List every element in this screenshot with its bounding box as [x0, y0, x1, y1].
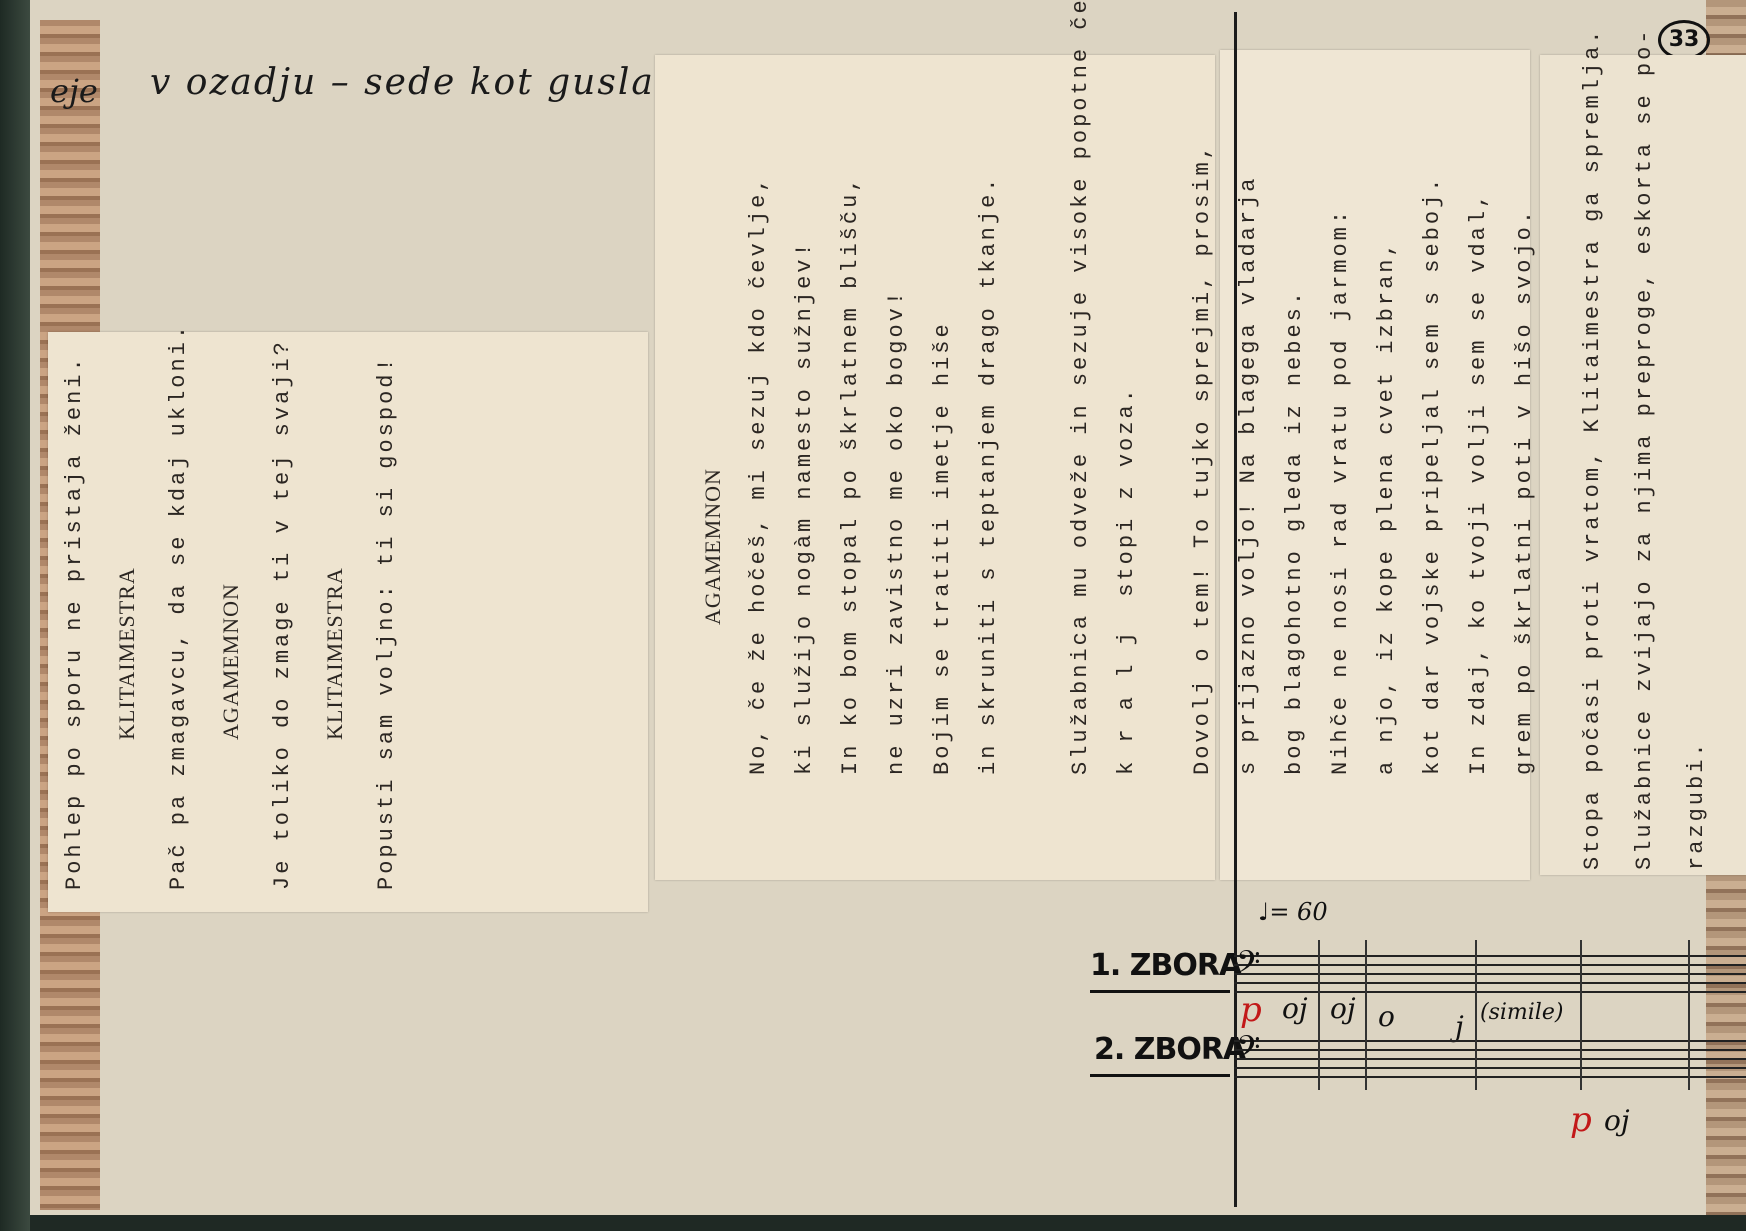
- typed-line: Popusti sam voljno: ti si gospod!: [374, 355, 399, 890]
- typed-line: razgubi.: [1684, 740, 1709, 870]
- bass-clef-icon: 𝄢: [1236, 944, 1260, 989]
- staff-chorus-2: [1234, 1040, 1746, 1076]
- vocal-marking: j: [1455, 1010, 1464, 1043]
- typed-line: Služabnice zvijajo za njima preproge, es…: [1632, 27, 1657, 870]
- staff-label-underline: [1090, 1074, 1230, 1077]
- simile-annotation: (simile): [1480, 1000, 1563, 1025]
- typed-line: ne uzri zavistno me oko bogov!: [884, 289, 909, 775]
- speaker-name: AGAMEMNON: [700, 468, 726, 625]
- typed-line: In ko bom stopal po škrlatnem blišču,: [838, 176, 863, 775]
- vocal-marking: oj: [1282, 992, 1308, 1025]
- typed-line: Nihče ne nosi rad vratu pod jarmom:: [1328, 208, 1353, 775]
- typed-line: Pač pa zmagavcu, da se kdaj ukloni.: [166, 323, 191, 890]
- page-number: 33: [1658, 20, 1710, 60]
- page-divider-line: [1234, 12, 1237, 1207]
- barline: [1365, 940, 1367, 1090]
- typed-line: Služabnica mu odveže in sezuje visoke po…: [1068, 0, 1093, 775]
- speaker-name: KLITAIMESTRA: [114, 567, 140, 740]
- typed-line: Pohlep po sporu ne pristaja ženi.: [62, 355, 87, 890]
- speaker-name: KLITAIMESTRA: [322, 567, 348, 740]
- typed-line: a njo, iz kope plena cvet izbran,: [1374, 240, 1399, 775]
- typed-line: Bojim se tratiti imetje hiše: [930, 321, 955, 775]
- staff-chorus-1: [1234, 955, 1746, 991]
- typed-line: Dovolj o tem! To tujko sprejmi, prosim,: [1190, 143, 1215, 775]
- staff-label-underline: [1090, 990, 1230, 993]
- typed-line: k r a l j stopi z voza.: [1114, 386, 1139, 775]
- typed-line: Stopa počasi proti vratom, Klitaimestra …: [1580, 27, 1605, 870]
- dynamic-piano: p: [1570, 1100, 1592, 1140]
- staff-label-chorus-2: 2. ZBORA: [1094, 1032, 1245, 1067]
- bass-clef-icon: 𝄢: [1236, 1029, 1260, 1074]
- typed-line: ki služijo nogàm namesto sužnjev!: [792, 240, 817, 775]
- vocal-marking: oj: [1604, 1104, 1630, 1137]
- vocal-marking: o: [1378, 1000, 1395, 1033]
- typed-line: s prijazno voljo! Na blagega vladarja: [1236, 176, 1261, 775]
- typed-line: grem po škrlatni poti v hišo svojo.: [1512, 208, 1537, 775]
- typed-line: In zdaj, ko tvoji volji sem se vdal,: [1466, 192, 1491, 775]
- barline: [1580, 940, 1582, 1090]
- binding-edge: [0, 0, 30, 1231]
- typed-line: kot dar vojske pripeljal sem s seboj.: [1420, 176, 1445, 775]
- typed-line: in skruniti s teptanjem drago tkanje.: [976, 176, 1001, 775]
- speaker-name: AGAMEMNON: [218, 583, 244, 740]
- staff-label-chorus-1: 1. ZBORA: [1090, 948, 1241, 983]
- barline: [1318, 940, 1320, 1090]
- bottom-edge: [30, 1215, 1746, 1231]
- typed-line: No, če že hočeš, mi sezuj kdo čevlje,: [746, 176, 771, 775]
- typed-line: Je toliko do zmage ti v tej svaji?: [270, 339, 295, 890]
- barline: [1688, 940, 1690, 1090]
- margin-handwriting: eje: [50, 72, 98, 110]
- barline: [1475, 940, 1477, 1090]
- vocal-marking: oj: [1330, 992, 1356, 1025]
- tempo-marking: ♩= 60: [1258, 898, 1328, 926]
- dynamic-piano: p: [1240, 990, 1262, 1030]
- typed-line: bog blagohotno gleda iz nebes.: [1282, 289, 1307, 775]
